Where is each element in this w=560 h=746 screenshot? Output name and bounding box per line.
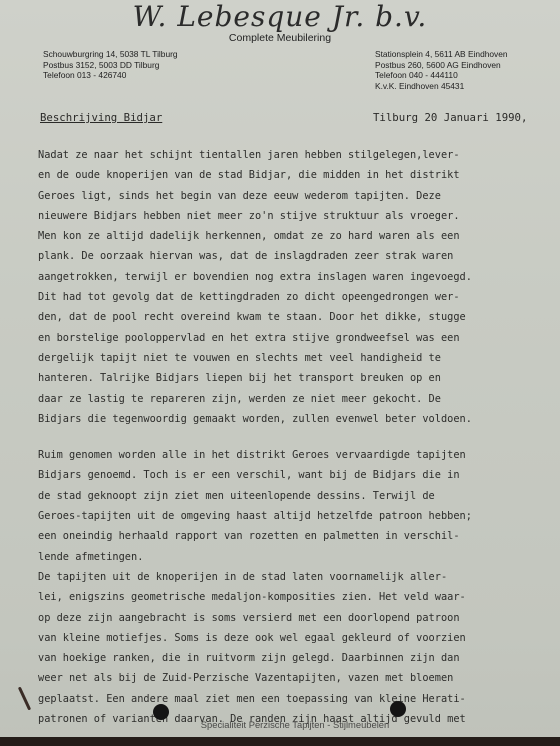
address-tilburg: Schouwburgring 14, 5038 TL Tilburg Postb… [43,49,178,81]
address-line: Telefoon 040 - 444110 [375,70,508,81]
text-line: dergelijk tapijt niet te vouwen en slech… [38,348,558,368]
text-line: van kleine motiefjes. Soms is deze ook w… [38,628,558,648]
text-line: Geroes-tapijten uit de omgeving haast al… [38,506,558,526]
text-line: Geroes ligt, sinds het begin van deze ee… [38,186,558,206]
text-line: den, dat de pool recht overeind kwam te … [38,307,558,327]
text-line: en borstelige pooloppervlad en het extra… [38,328,558,348]
text-line: en de oude knoperijen van de stad Bidjar… [38,165,558,185]
address-line: K.v.K. Eindhoven 45431 [375,81,508,92]
text-line: geplaatst. Een andere maal ziet men een … [38,689,558,709]
letter-footer: Specialiteit Perzische Tapijten - Stijlm… [0,719,560,730]
text-line: aangetrokken, terwijl er bovendien nog e… [38,267,558,287]
address-line: Postbus 3152, 5003 DD Tilburg [43,60,178,71]
company-logo: W. Lebesque Jr. b.v. [0,0,560,34]
text-line: lei, enigszins geometrische medaljon-kom… [38,587,558,607]
pen-mark [18,687,31,711]
punch-hole [153,704,169,720]
address-line: Schouwburgring 14, 5038 TL Tilburg [43,49,178,60]
address-eindhoven: Stationsplein 4, 5611 AB Eindhoven Postb… [375,49,508,91]
text-line: Ruim genomen worden alle in het distrikt… [38,445,558,465]
text-line: hanteren. Talrijke Bidjars liepen bij he… [38,368,558,388]
address-line: Postbus 260, 5600 AG Eindhoven [375,60,508,71]
address-line: Stationsplein 4, 5611 AB Eindhoven [375,49,508,60]
text-line: Bidjars genoemd. Toch is er een verschil… [38,465,558,485]
text-line: plank. De oorzaak hiervan was, dat de in… [38,246,558,266]
letter-body: Nadat ze naar het schijnt tientallen jar… [38,145,558,729]
text-line: daar ze lastig te repareren zijn, werden… [38,389,558,409]
text-line: nieuwere Bidjars hebben niet meer zo'n s… [38,206,558,226]
text-line: van hoekige ranken, die in ruitvorm zijn… [38,648,558,668]
letter-date: Tilburg 20 Januari 1990, [373,111,527,124]
text-line: lende afmetingen. [38,547,558,567]
punch-hole [390,701,406,717]
text-line: Bidjars die tegenwoordig gemaakt worden,… [38,409,558,429]
desk-background [0,737,560,746]
paragraph-gap [38,429,558,445]
text-line: Dit had tot gevolg dat de kettingdraden … [38,287,558,307]
address-line: Telefoon 013 - 426740 [43,70,178,81]
text-line: De tapijten uit de knoperijen in de stad… [38,567,558,587]
company-tagline: Complete Meubilering [0,32,560,44]
text-line: de stad geknoopt zijn ziet men uiteenlop… [38,486,558,506]
text-line: weer net als bij de Zuid-Perzische Vazen… [38,668,558,688]
letter-page: W. Lebesque Jr. b.v. Complete Meubilerin… [0,0,560,746]
text-line: op deze zijn aangebracht is soms versier… [38,608,558,628]
letter-subject: Beschrijving Bidjar [40,111,162,124]
text-line: Nadat ze naar het schijnt tientallen jar… [38,145,558,165]
text-line: Men kon ze altijd dadelijk herkennen, om… [38,226,558,246]
text-line: een oneindig herhaald rapport van rozett… [38,526,558,546]
